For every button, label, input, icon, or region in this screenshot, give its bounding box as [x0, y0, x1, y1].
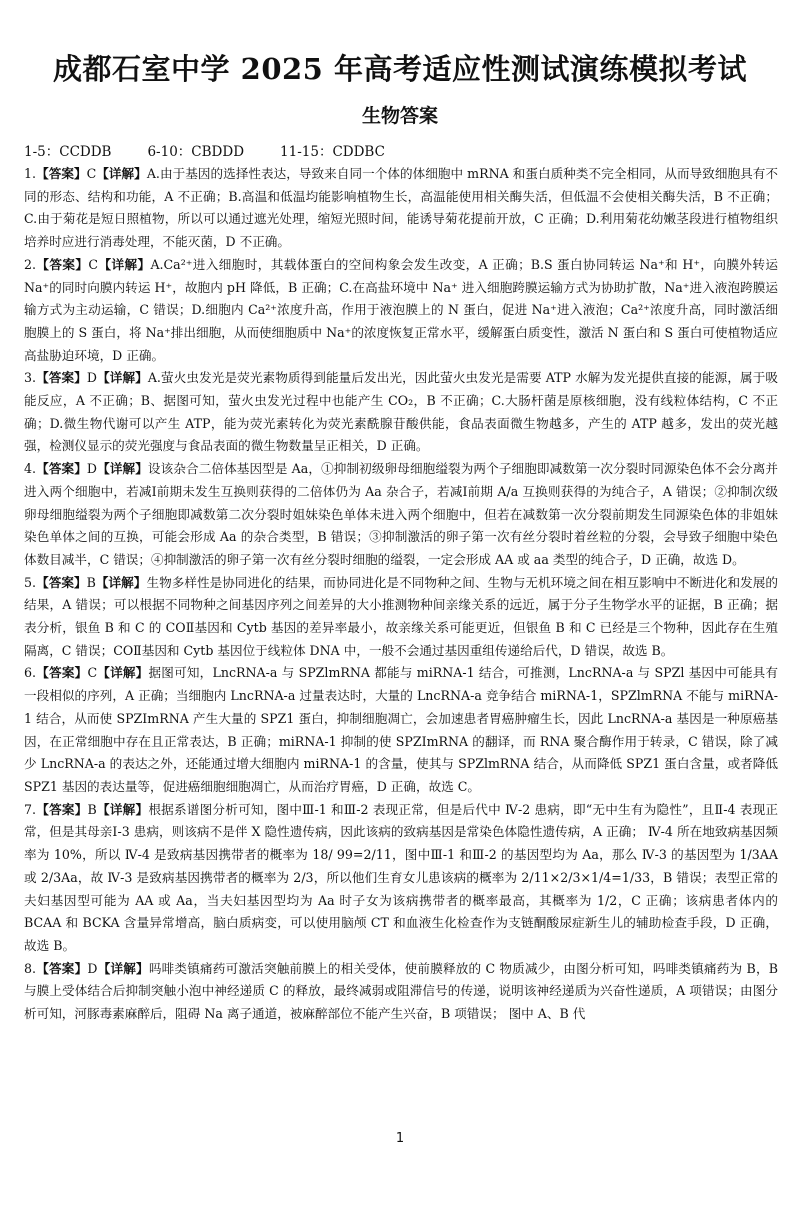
explain-tag: 【详解】 — [96, 575, 147, 590]
question-solution-2: 2.【答案】C【详解】A.Ca²⁺进入细胞时，其载体蛋白的空间构象会发生改变，A… — [24, 254, 778, 368]
question-number: 3. — [24, 370, 36, 385]
answer-tag: 【答案】 — [36, 665, 87, 680]
explain-tag: 【详解】 — [97, 802, 149, 817]
solutions-body: 1.【答案】C【详解】A.由于基因的选择性表达，导致来自同一个体的体细胞中 mR… — [24, 163, 778, 1026]
answer-letter: C — [87, 166, 97, 181]
answer-tag: 【答案】 — [36, 575, 87, 590]
explain-tag: 【详解】 — [98, 961, 149, 976]
question-number: 1. — [24, 166, 36, 181]
answer-letter: B — [87, 575, 96, 590]
answer-tag: 【答案】 — [36, 166, 87, 181]
question-solution-1: 1.【答案】C【详解】A.由于基因的选择性表达，导致来自同一个体的体细胞中 mR… — [24, 163, 778, 254]
explain-tag: 【详解】 — [96, 166, 147, 181]
document-page: 成都石室中学 2025 年高考适应性测试演练模拟考试 生物答案 1-5：CCDD… — [0, 0, 800, 1205]
answer-letter: C — [87, 665, 97, 680]
answer-letter: D — [87, 370, 97, 385]
question-number: 4. — [24, 461, 36, 476]
question-solution-6: 6.【答案】C【详解】据图可知，LncRNA-a 与 SPZlmRNA 都能与 … — [24, 662, 778, 798]
answer-tag: 【答案】 — [36, 802, 88, 817]
explain-tag: 【详解】 — [98, 257, 150, 272]
question-number: 6. — [24, 665, 36, 680]
question-number: 5. — [24, 575, 36, 590]
explain-tag: 【详解】 — [97, 370, 148, 385]
document-title: 成都石室中学 2025 年高考适应性测试演练模拟考试 — [0, 52, 800, 87]
question-number: 8. — [24, 961, 36, 976]
answer-tag: 【答案】 — [36, 257, 88, 272]
explanation-text: A.Ca²⁺进入细胞时，其载体蛋白的空间构象会发生改变，A 正确；B.S 蛋白协… — [24, 257, 778, 363]
question-solution-8: 8.【答案】D【详解】吗啡类镇痛药可激活突触前膜上的相关受体，使前膜释放的 C … — [24, 958, 778, 1026]
explanation-text: 设该杂合二倍体基因型是 Aa，①抑制初级卵母细胞缢裂为两个子细胞即减数第一次分裂… — [24, 461, 778, 567]
explanation-text: 据图可知，LncRNA-a 与 SPZlmRNA 都能与 miRNA-1 结合，… — [24, 665, 778, 794]
question-solution-3: 3.【答案】D【详解】A.萤火虫发光是荧光素物质得到能量后发出光，因此萤火虫发光… — [24, 367, 778, 458]
answer-tag: 【答案】 — [36, 961, 87, 976]
document-subtitle: 生物答案 — [0, 105, 800, 128]
explain-tag: 【详解】 — [97, 461, 148, 476]
answer-letter: C — [88, 257, 98, 272]
answer-key-11-15: 11-15：CDDBC — [280, 144, 385, 160]
question-number: 7. — [24, 802, 36, 817]
question-number: 2. — [24, 257, 36, 272]
answer-key-6-10: 6-10：CBDDD — [147, 144, 244, 160]
question-solution-4: 4.【答案】D【详解】设该杂合二倍体基因型是 Aa，①抑制初级卵母细胞缢裂为两个… — [24, 458, 778, 572]
answer-letter: D — [87, 461, 97, 476]
explanation-text: 根据系谱图分析可知，图中Ⅲ-1 和Ⅲ-2 表现正常，但是后代中 Ⅳ-2 患病，即… — [24, 802, 778, 953]
answer-letter: D — [87, 961, 97, 976]
question-solution-7: 7.【答案】B【详解】根据系谱图分析可知，图中Ⅲ-1 和Ⅲ-2 表现正常，但是后… — [24, 799, 778, 958]
answer-tag: 【答案】 — [36, 370, 87, 385]
answer-tag: 【答案】 — [36, 461, 87, 476]
answer-key: 1-5：CCDDB6-10：CBDDD11-15：CDDBC — [24, 142, 421, 162]
answer-key-1-5: 1-5：CCDDB — [24, 144, 111, 160]
page-number: 1 — [0, 1131, 800, 1146]
explain-tag: 【详解】 — [97, 665, 148, 680]
answer-letter: B — [88, 802, 97, 817]
question-solution-5: 5.【答案】B【详解】生物多样性是协同进化的结果，而协同进化是不同物种之间、生物… — [24, 572, 778, 663]
